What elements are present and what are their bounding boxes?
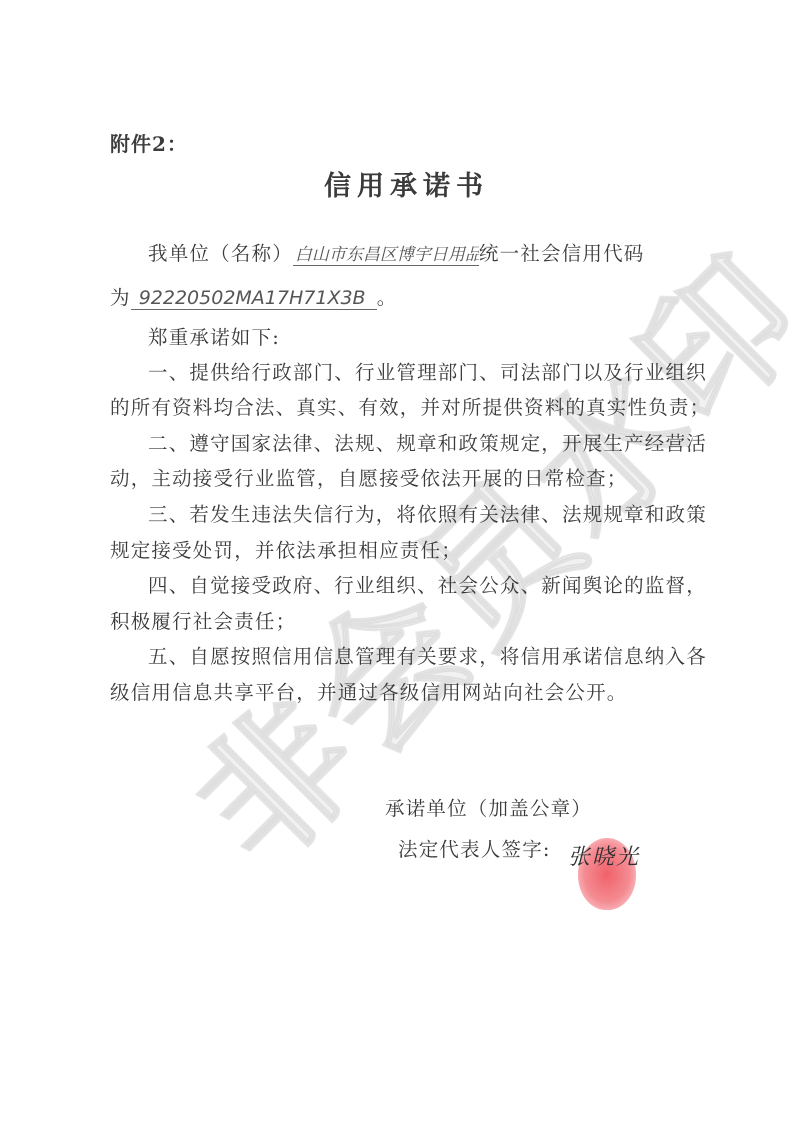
item-5-line-2: 级信用信息共享平台，并通过各级信用网站向社会公开。 xyxy=(110,677,628,705)
unit-name-handwritten: 白山市东昌区博宇日用品店 xyxy=(293,240,479,266)
item-3-line-1: 三、若发生违法失信行为，将依照有关法律、法规规章和政策 xyxy=(148,499,707,527)
intro-prefix: 我单位（名称） xyxy=(148,242,293,265)
pledge-heading: 郑重承诺如下: xyxy=(148,322,280,350)
item-1-line-1: 一、提供给行政部门、行业管理部门、司法部门以及行业组织 xyxy=(148,357,707,385)
intro-suffix: 统一社会信用代码 xyxy=(479,242,645,265)
signature-rep-label: 法定代表人签字: xyxy=(398,834,551,862)
document-page: 非会员水印 附件2： 信用承诺书 我单位（名称）白山市东昌区博宇日用品店统一社会… xyxy=(0,0,793,1122)
item-4-line-1: 四、自觉接受政府、行业组织、社会公众、新闻舆论的监督， xyxy=(148,570,707,598)
credit-code-handwritten: 92220502MA17H71X3B xyxy=(131,287,377,310)
item-2-line-2: 动，主动接受行业监管，自愿接受依法开展的日常检查； xyxy=(110,463,628,491)
item-5-line-1: 五、自愿按照信用信息管理有关要求，将信用承诺信息纳入各 xyxy=(148,641,707,669)
attachment-label: 附件2： xyxy=(110,128,188,157)
signature-unit-label: 承诺单位（加盖公章） xyxy=(385,793,592,821)
intro-line-1: 我单位（名称）白山市东昌区博宇日用品店统一社会信用代码 xyxy=(148,238,645,266)
intro-line2-suffix: 。 xyxy=(377,286,398,309)
item-3-line-2: 规定接受处罚，并依法承担相应责任； xyxy=(110,535,462,563)
item-1-line-2: 的所有资料均合法、真实、有效，并对所提供资料的真实性负责； xyxy=(110,392,710,420)
representative-signature-handwritten: 张晓光 xyxy=(568,840,640,871)
document-title: 信用承诺书 xyxy=(0,164,793,203)
intro-line2-prefix: 为 xyxy=(110,286,131,309)
item-2-line-1: 二、遵守国家法律、法规、规章和政策规定，开展生产经营活 xyxy=(148,428,707,456)
item-4-line-2: 积极履行社会责任； xyxy=(110,606,296,634)
intro-line-2: 为92220502MA17H71X3B。 xyxy=(110,282,397,310)
